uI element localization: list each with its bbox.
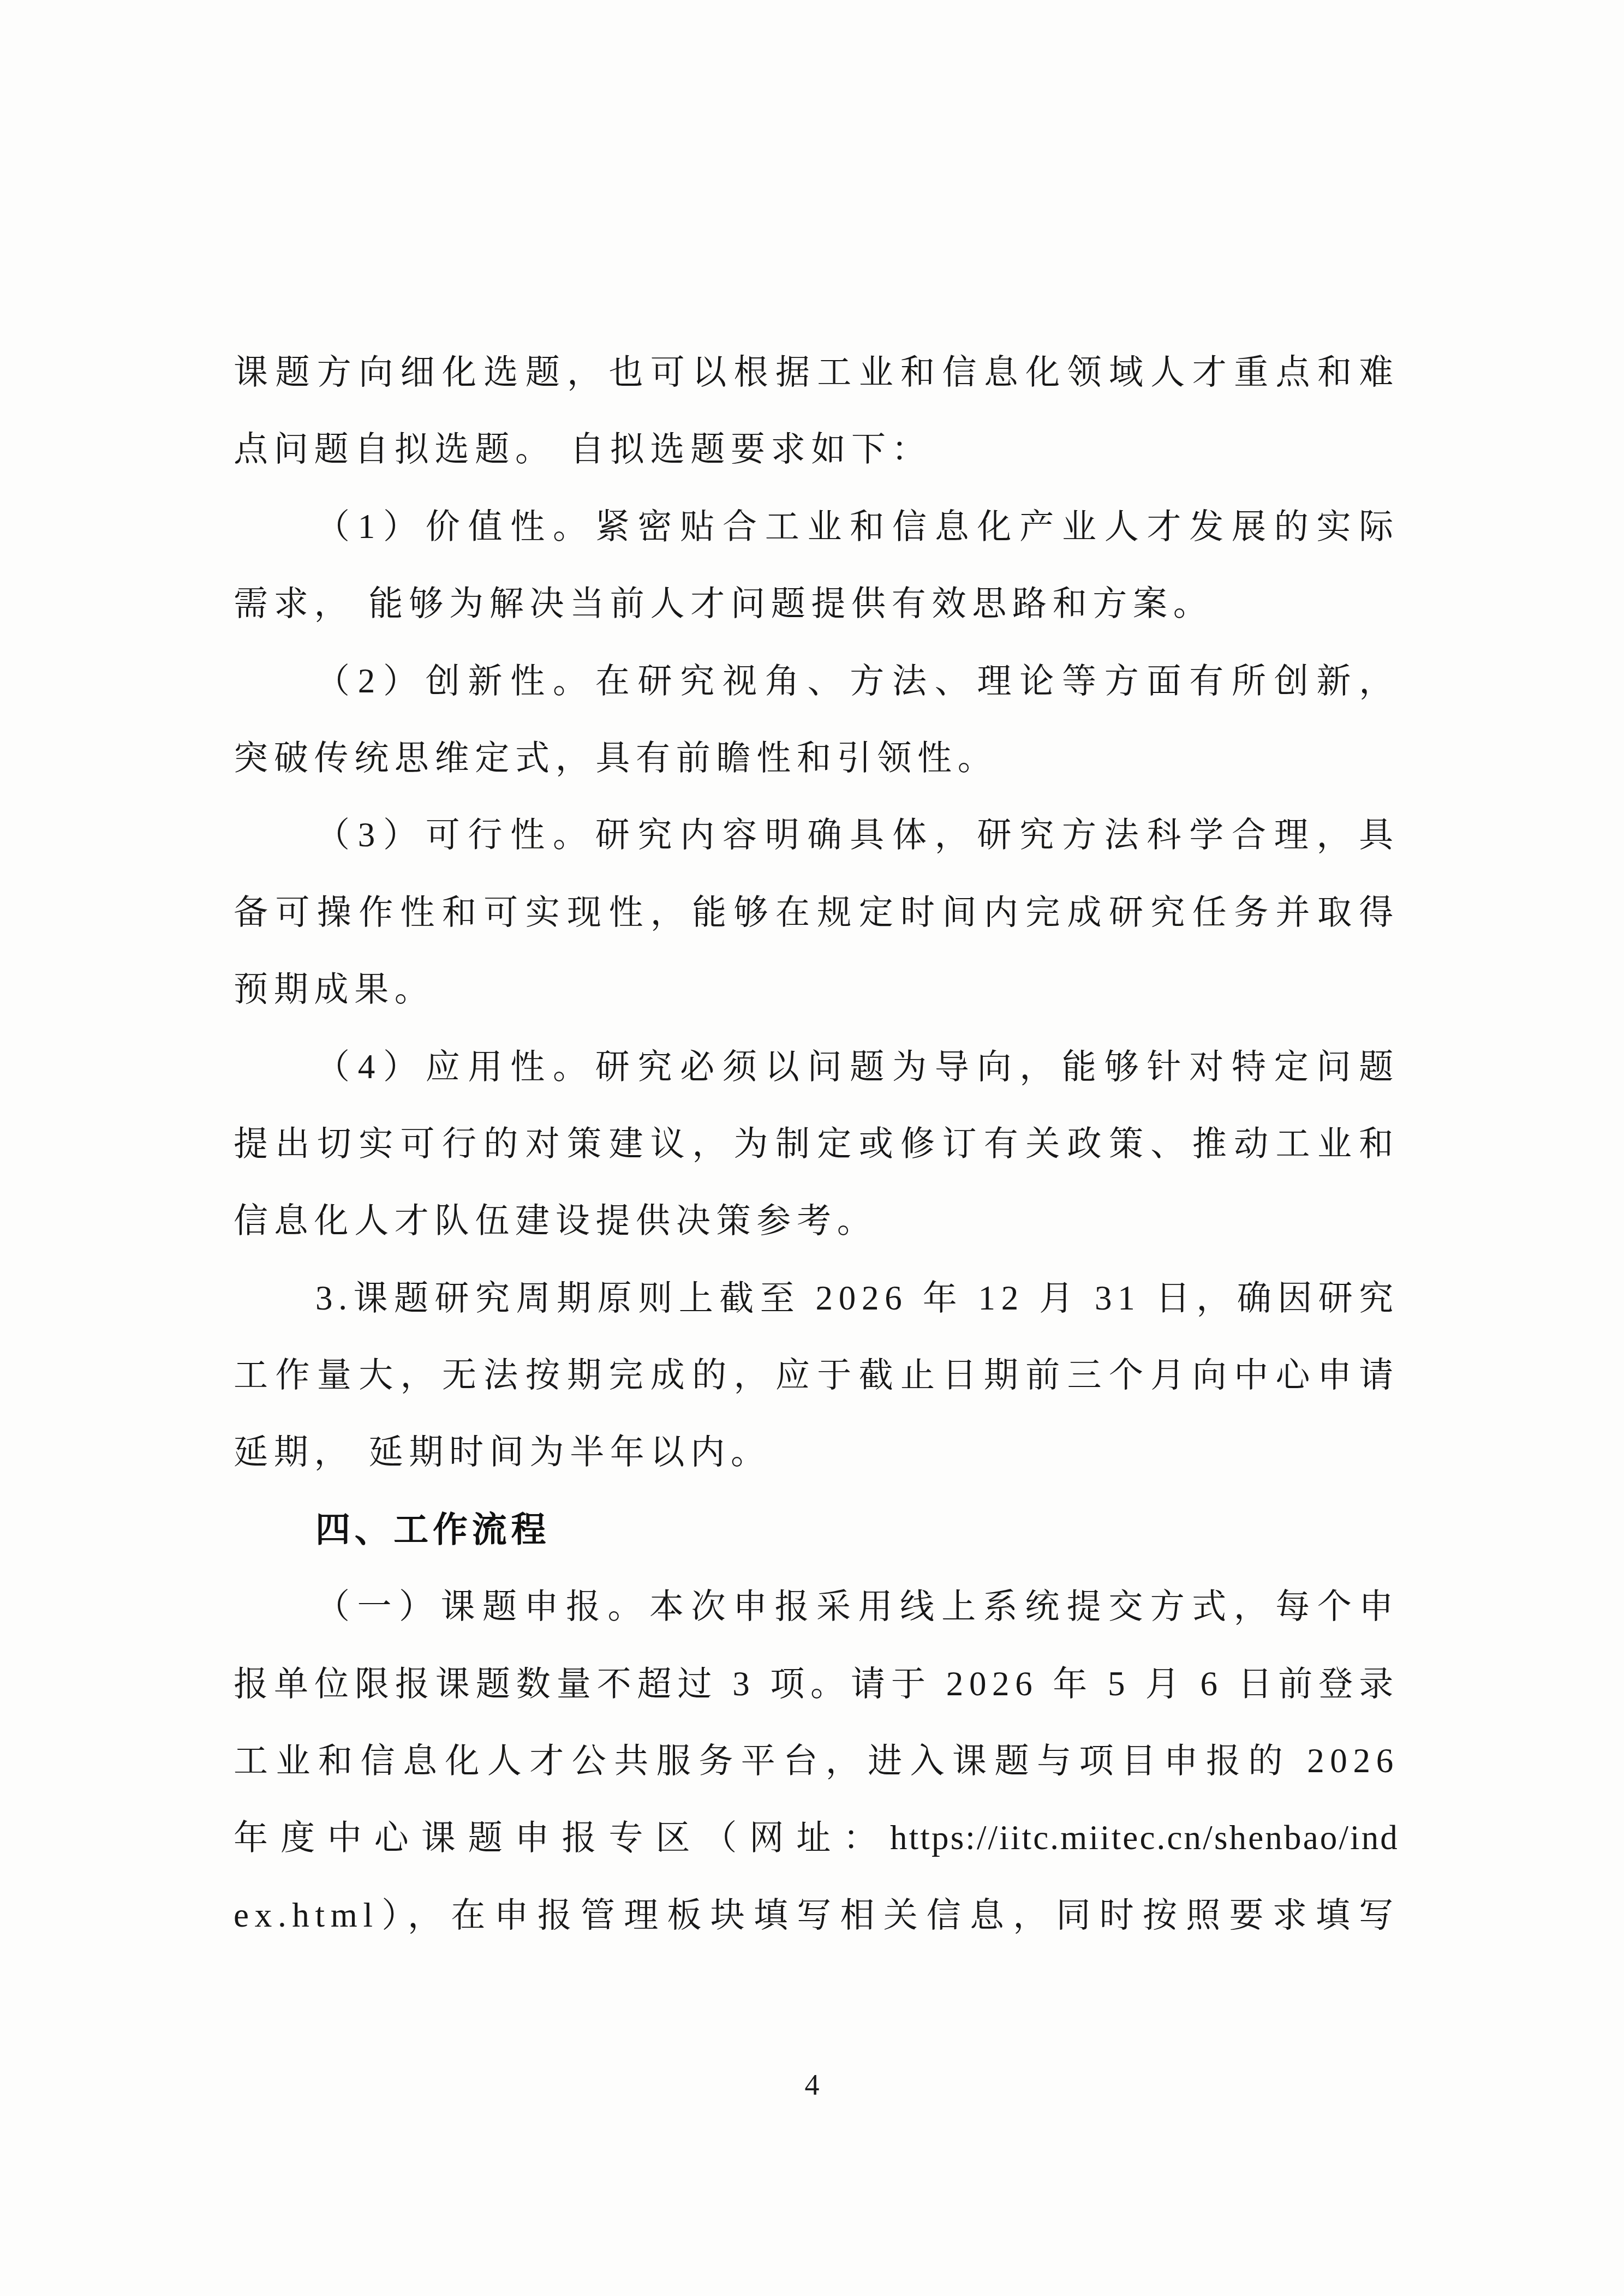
scanned-document-page: 课题方向细化选题，也可以根据工业和信息化领域人才重点和难点问题自拟选题。 自拟选… xyxy=(0,0,1624,2296)
text-line: 需求， 能够为解决当前人才问题提供有效思路和方案。 xyxy=(234,565,1399,642)
text-line: 课题方向细化选题，也可以根据工业和信息化领域人才重点和难 xyxy=(234,334,1399,411)
text-line: 提出切实可行的对策建议，为制定或修订有关政策、推动工业和 xyxy=(234,1105,1399,1182)
text-line: （1）价值性。紧密贴合工业和信息化产业人才发展的实际 xyxy=(234,488,1399,565)
text-line: 备可操作性和可实现性，能够在规定时间内完成研究任务并取得 xyxy=(234,874,1399,951)
document-body: 课题方向细化选题，也可以根据工业和信息化领域人才重点和难点问题自拟选题。 自拟选… xyxy=(234,334,1399,1954)
text-line: 延期， 延期时间为半年以内。 xyxy=(234,1414,1399,1491)
text-line: 突破传统思维定式，具有前瞻性和引领性。 xyxy=(234,720,1399,797)
text-line: 点问题自拟选题。 自拟选题要求如下： xyxy=(234,411,1399,488)
text-line: 3.课题研究周期原则上截至 2026 年 12 月 31 日，确因研究 xyxy=(234,1260,1399,1337)
text-line: （4）应用性。研究必须以问题为导向，能够针对特定问题 xyxy=(234,1029,1399,1105)
section-heading: 四、工作流程 xyxy=(234,1491,1399,1568)
text-line: 工业和信息化人才公共服务平台，进入课题与项目申报的 2026 xyxy=(234,1723,1399,1799)
text-line: 预期成果。 xyxy=(234,951,1399,1028)
text-line: （3）可行性。研究内容明确具体，研究方法科学合理，具 xyxy=(234,797,1399,874)
text-line: 报单位限报课题数量不超过 3 项。请于 2026 年 5 月 6 日前登录 xyxy=(234,1646,1399,1723)
text-line: （一）课题申报。本次申报采用线上系统提交方式，每个申 xyxy=(234,1568,1399,1645)
text-line: 工作量大，无法按期完成的，应于截止日期前三个月向中心申请 xyxy=(234,1337,1399,1414)
page-number: 4 xyxy=(0,2068,1624,2102)
text-line: ex.html），在申报管理板块填写相关信息，同时按照要求填写 xyxy=(234,1877,1399,1954)
text-line: 年度中心课题申报专区（网址：https://iitc.miitec.cn/she… xyxy=(234,1799,1399,1876)
text-line: 信息化人才队伍建设提供决策参考。 xyxy=(234,1182,1399,1259)
text-line: （2）创新性。在研究视角、方法、理论等方面有所创新， xyxy=(234,643,1399,720)
